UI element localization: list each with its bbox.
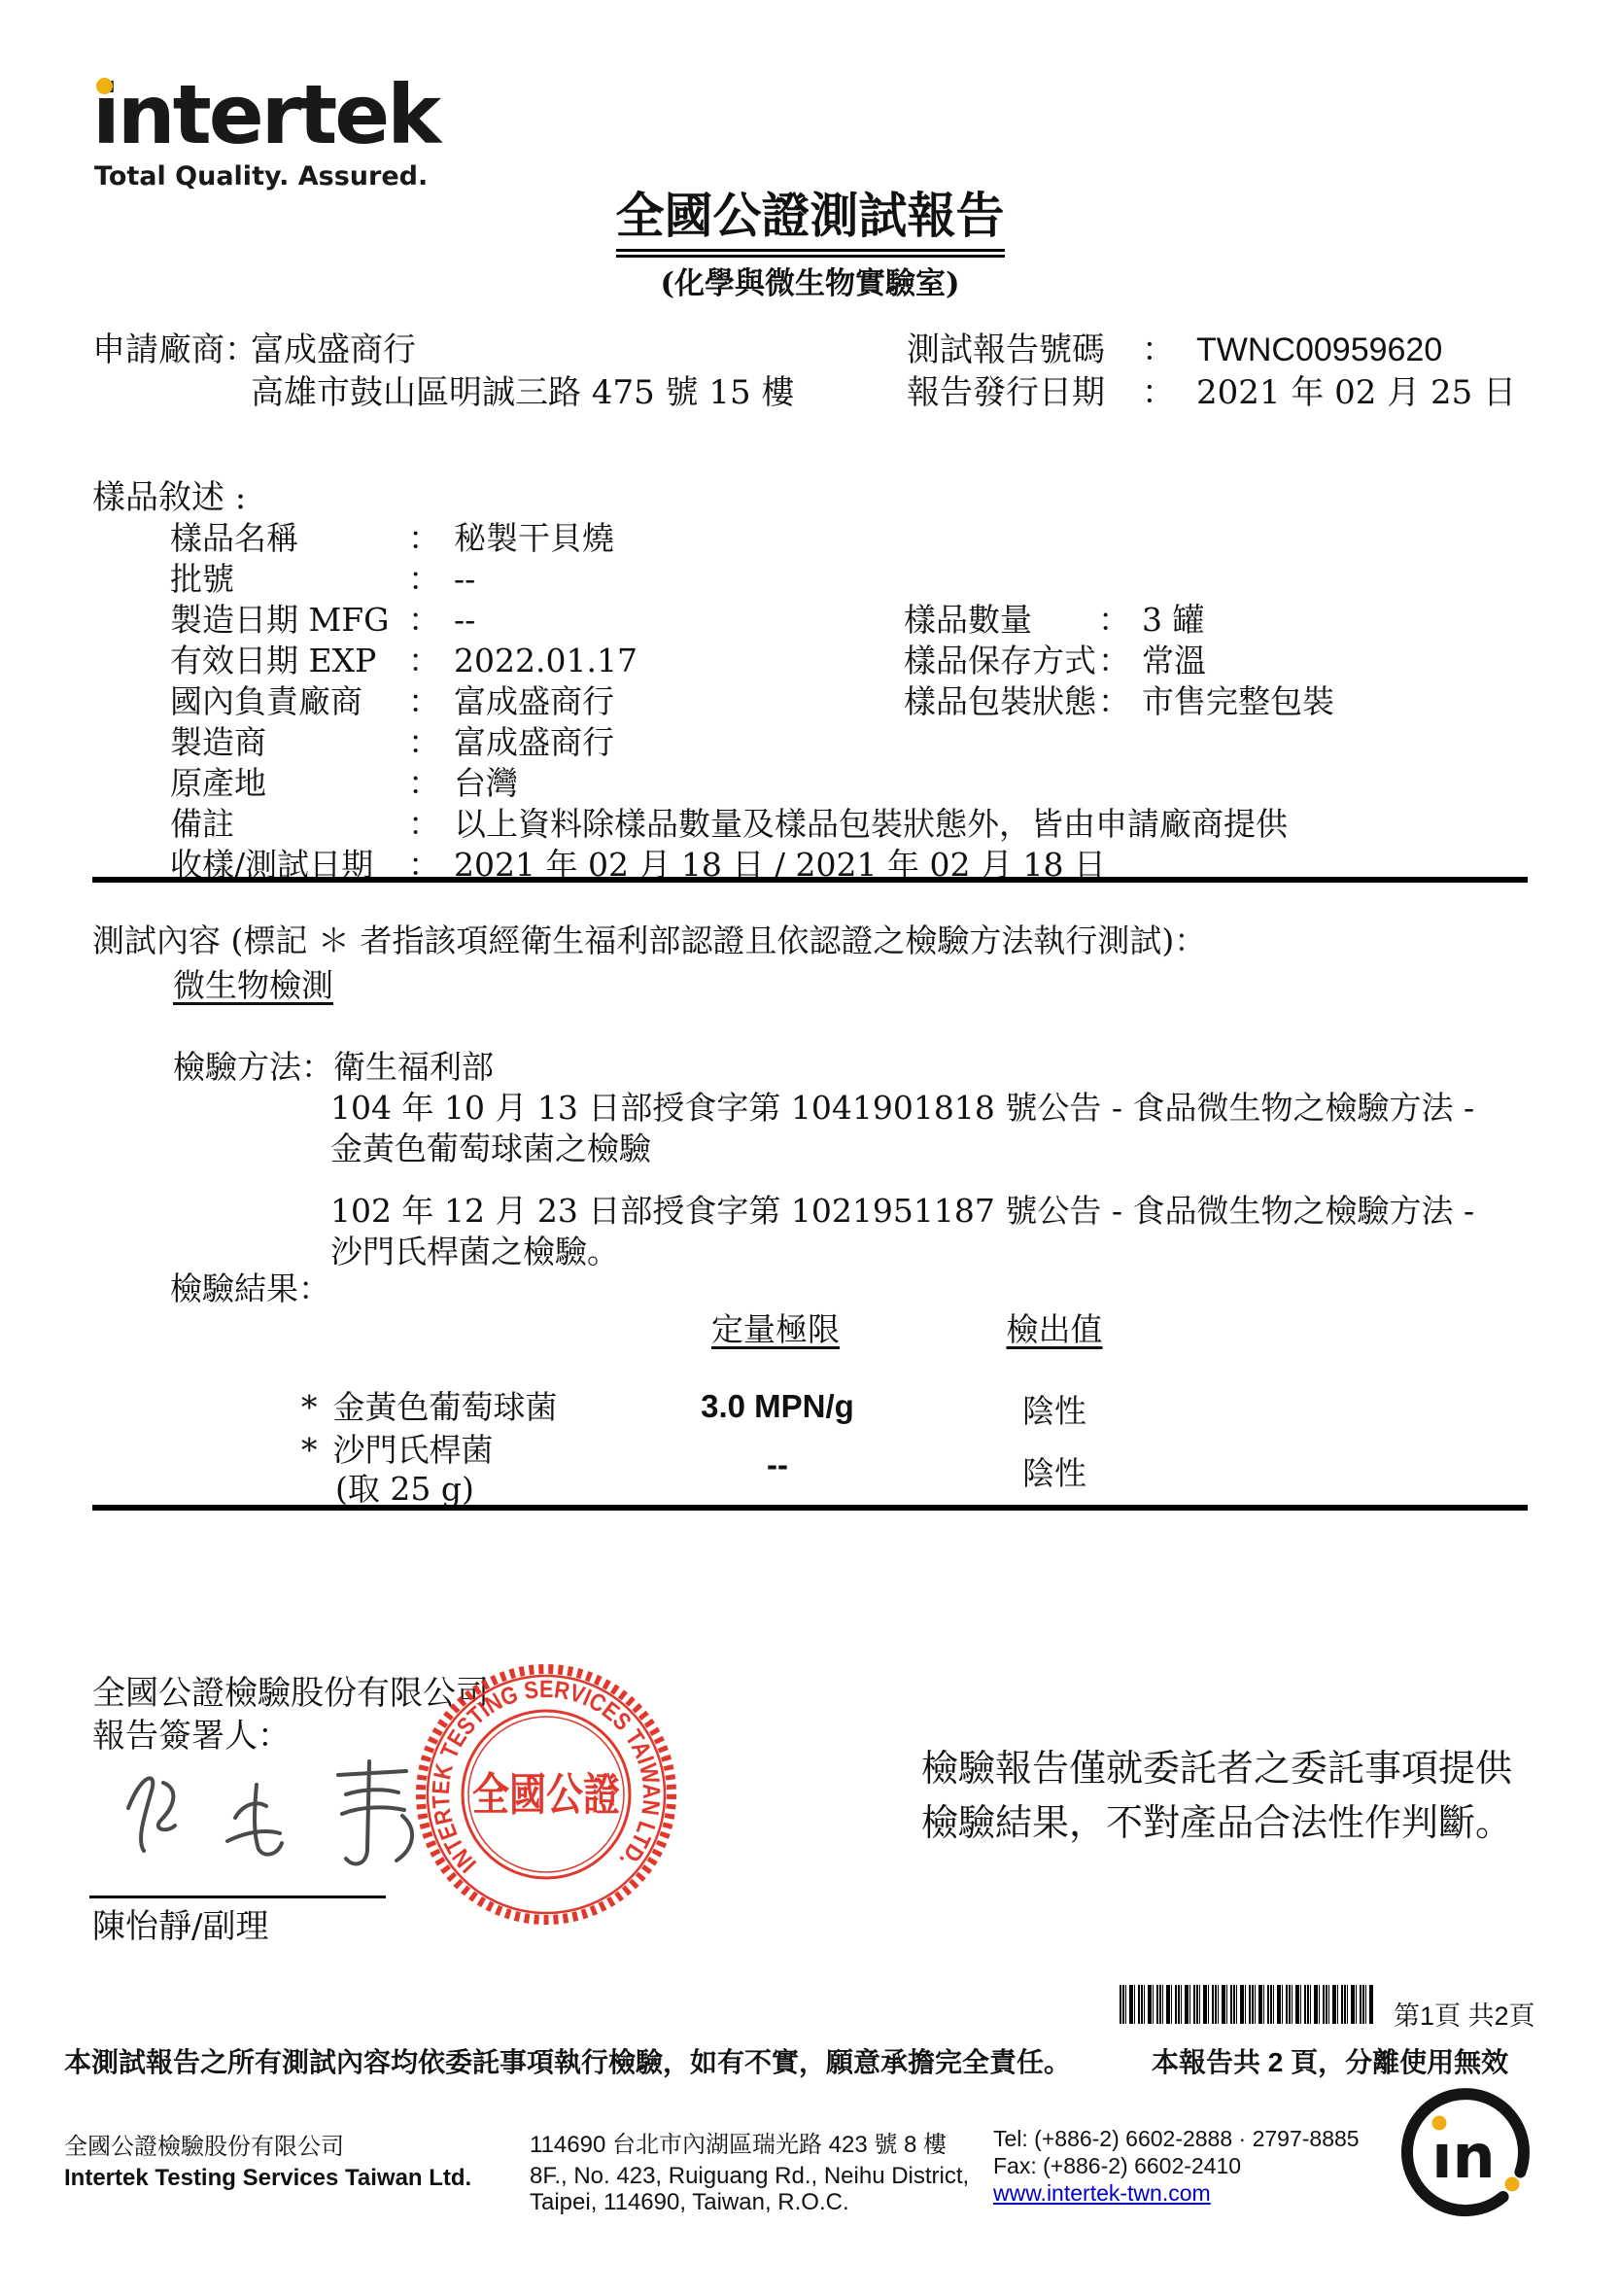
page-indicator: 第1頁 共2頁 <box>1394 1995 1535 2033</box>
sample-row-mfg: 製造日期 MFG ： -- <box>170 601 475 640</box>
applicant-address: 高雄市鼓山區明誠三路 475 號 15 樓 <box>251 373 794 413</box>
sample-value: 秘製干貝燒 <box>454 519 614 558</box>
footer-address-en-2: Taipei, 114690, Taiwan, R.O.C. <box>530 2188 849 2218</box>
report-number-row: 測試報告號碼 ： TWNC00959620 <box>907 330 1442 370</box>
footer-fax: Fax: (+886-2) 6602-2410 <box>993 2152 1241 2180</box>
colon: ： <box>408 560 440 599</box>
footer-tel: Tel: (+886-2) 6602-2888 · 2797-8885 <box>993 2125 1360 2153</box>
colon: ： <box>408 519 440 558</box>
company-seal-stamp: INTERTEK TESTING SERVICES TAIWAN LTD. 全國… <box>414 1662 678 1927</box>
colon: ： <box>408 642 440 680</box>
test-intro: 測試內容 (標記 ＊ 者指該項經衛生福利部認證且依認證之檢驗方法執行測試)： <box>92 922 1206 960</box>
sample-side-row-qty: 樣品數量 ： 3 罐 <box>904 601 1205 640</box>
sample-label: 批號 <box>170 560 408 599</box>
applicant-name: 富成盛商行 <box>251 330 416 370</box>
footer-address-zh: 114690 台北市內湖區瑞光路 423 號 8 樓 <box>530 2131 947 2161</box>
analyte-name: 金黃色葡萄球菌 <box>333 1388 558 1427</box>
report-page: intertek Total Quality. Assured. 全國公證測試報… <box>0 0 1620 2296</box>
section-divider <box>92 1505 1528 1511</box>
page-subtitle: (化學與微生物實驗室) <box>660 259 959 302</box>
sample-label: 樣品包裝狀態 <box>904 682 1098 721</box>
signature-line <box>89 1896 386 1898</box>
colon: ： <box>408 805 440 844</box>
colon: ： <box>1098 642 1130 680</box>
intertek-logo-yellow-dot-icon <box>96 78 113 94</box>
roundel-in-text: ın <box>1431 2121 1495 2192</box>
barcode <box>1120 1985 1374 2024</box>
column-header-result: 檢出值 <box>982 1310 1127 1349</box>
sample-row-manufacturer: 製造商 ： 富成盛商行 <box>170 723 614 762</box>
sample-value: 以上資料除樣品數量及樣品包裝狀態外，皆由申請廠商提供 <box>454 805 1288 844</box>
colon: ： <box>1098 682 1130 721</box>
colon: ： <box>408 682 440 721</box>
sample-value: 台灣 <box>454 764 518 803</box>
certified-mark: * <box>301 1388 318 1427</box>
sample-label: 製造日期 MFG <box>170 601 408 640</box>
method-agency: 衛生福利部 <box>333 1048 494 1087</box>
sample-value: 3 罐 <box>1142 601 1205 640</box>
sample-row-exp: 有效日期 EXP ： 2022.01.17 <box>170 642 638 680</box>
footer-company-zh: 全國公證檢驗股份有限公司 <box>64 2133 344 2163</box>
signer-name-title: 陳怡靜/副理 <box>92 1907 268 1947</box>
scope-notice-line-2: 檢驗結果，不對產品合法性作判斷。 <box>921 1796 1512 1850</box>
roundel-i-dot-icon <box>1432 2116 1447 2131</box>
analyte-portion: (取 25 g) <box>335 1470 474 1509</box>
section-divider <box>92 877 1528 883</box>
footer-website-link[interactable]: www.intertek-twn.com <box>993 2179 1211 2208</box>
sample-value: -- <box>454 560 475 599</box>
colon: ： <box>408 601 440 640</box>
sample-row-origin: 原產地 ： 台灣 <box>170 764 518 803</box>
sample-label: 備註 <box>170 805 408 844</box>
sample-value: 富成盛商行 <box>454 682 614 721</box>
report-number-label: 測試報告號碼 <box>907 330 1142 370</box>
bottom-disclaimer-left: 本測試報告之所有測試內容均依委託事項執行檢驗，如有不實，願意承擔完全責任。 <box>64 2041 1071 2080</box>
bottom-disclaimer-right: 本報告共 2 頁，分離使用無效 <box>1152 2041 1508 2080</box>
method-2-line-2: 沙門氏桿菌之檢驗。 <box>330 1233 619 1271</box>
colon: ： <box>408 764 440 803</box>
sample-section-label: 樣品敘述 : <box>92 478 246 518</box>
roundel-gap-dot-icon <box>1505 2177 1520 2192</box>
sample-side-row-storage: 樣品保存方式 ： 常溫 <box>904 642 1206 680</box>
method-2-line-1: 102 年 12 月 23 日部授食字第 1021951187 號公告 - 食品… <box>330 1192 1474 1231</box>
issue-date-row: 報告發行日期 ： 2021 年 02 月 25 日 <box>907 373 1516 413</box>
applicant-label: 申請廠商： <box>92 330 258 370</box>
loq-value: 3.0 MPN/g <box>680 1388 875 1425</box>
method-1-line-1: 104 年 10 月 13 日部授食字第 1041901818 號公告 - 食品… <box>330 1089 1474 1128</box>
sample-label: 國內負責廠商 <box>170 682 408 721</box>
sample-label: 有效日期 EXP <box>170 642 408 680</box>
sample-label: 原產地 <box>170 764 408 803</box>
issue-date-value: 2021 年 02 月 25 日 <box>1196 373 1516 413</box>
intertek-tagline: Total Quality. Assured. <box>94 161 428 191</box>
sample-label: 樣品保存方式 <box>904 642 1098 680</box>
sample-row-batch: 批號 ： -- <box>170 560 475 599</box>
test-category: 微生物檢測 <box>173 966 333 1005</box>
intertek-logo: intertek <box>92 74 438 156</box>
table-row-staph: * 金黃色葡萄球菌 <box>301 1388 558 1427</box>
sample-side-row-packaging: 樣品包裝狀態 ： 市售完整包裝 <box>904 682 1334 721</box>
method-row: 檢驗方法： 衛生福利部 <box>173 1048 494 1087</box>
colon: ： <box>1142 373 1175 413</box>
report-number-value: TWNC00959620 <box>1196 330 1442 370</box>
intertek-roundel-logo: ın <box>1394 2088 1537 2224</box>
sample-value: 2022.01.17 <box>454 642 638 680</box>
sample-value: 常溫 <box>1142 642 1206 680</box>
result-label: 檢驗結果： <box>170 1270 330 1308</box>
method-label: 檢驗方法： <box>173 1048 333 1087</box>
colon: ： <box>1098 601 1130 640</box>
colon: ： <box>1142 330 1175 370</box>
sample-value: 市售完整包裝 <box>1142 682 1334 721</box>
sample-label: 樣品名稱 <box>170 519 408 558</box>
scope-notice-line-1: 檢驗報告僅就委託者之委託事項提供 <box>921 1742 1512 1795</box>
method-1-line-2: 金黃色葡萄球菌之檢驗 <box>330 1130 651 1168</box>
result-value: 陰性 <box>982 1454 1127 1493</box>
column-header-loq: 定量極限 <box>693 1310 858 1349</box>
sample-row-remark: 備註 ： 以上資料除樣品數量及樣品包裝狀態外，皆由申請廠商提供 <box>170 805 1288 844</box>
result-value: 陰性 <box>982 1392 1127 1431</box>
sample-value: 富成盛商行 <box>454 723 614 762</box>
sample-row-domestic-firm: 國內負責廠商 ： 富成盛商行 <box>170 682 614 721</box>
title-wrap: 全國公證測試報告 <box>616 191 1005 242</box>
table-row-salmonella: * 沙門氏桿菌 <box>301 1431 494 1470</box>
certified-mark: * <box>301 1431 318 1470</box>
colon: ： <box>408 723 440 762</box>
sample-row-name: 樣品名稱 ： 秘製干貝燒 <box>170 519 614 558</box>
sample-value: -- <box>454 601 475 640</box>
footer-company-en: Intertek Testing Services Taiwan Ltd. <box>64 2164 471 2194</box>
stamp-center-text: 全國公證 <box>472 1768 620 1821</box>
loq-value: -- <box>680 1446 875 1483</box>
page-title: 全國公證測試報告 <box>616 187 1005 258</box>
sample-label: 製造商 <box>170 723 408 762</box>
issue-date-label: 報告發行日期 <box>907 373 1142 413</box>
intertek-logo-text: intertek <box>92 67 438 162</box>
analyte-name: 沙門氏桿菌 <box>333 1431 494 1470</box>
sample-label: 樣品數量 <box>904 601 1098 640</box>
